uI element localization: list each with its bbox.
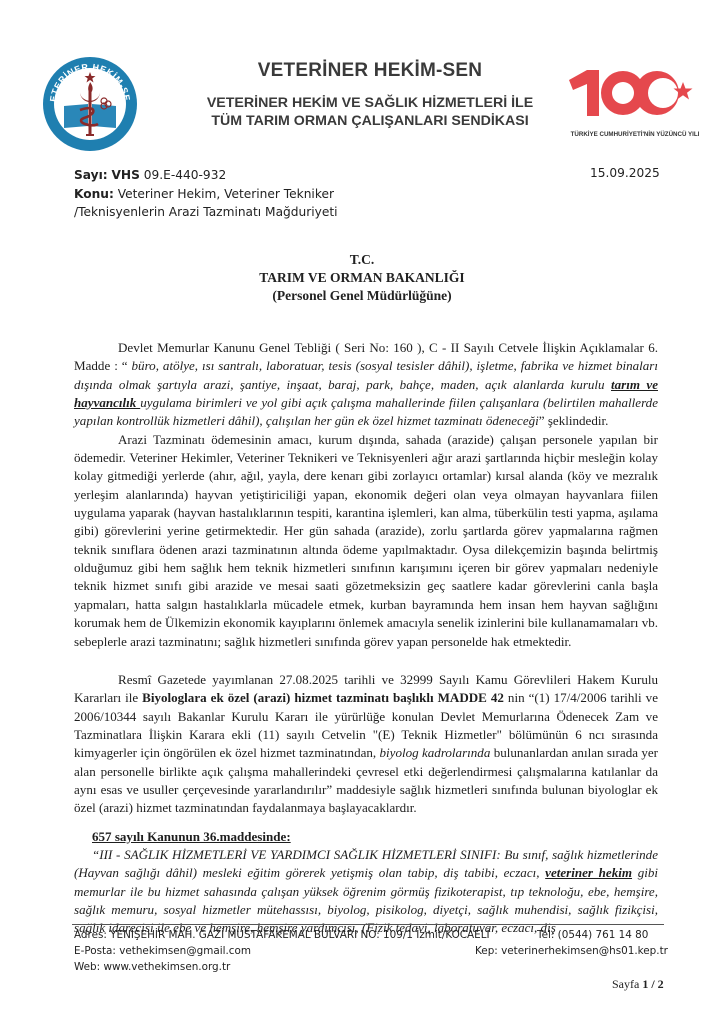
reference-number: Sayı: VHS 09.E-440-932 <box>74 166 338 185</box>
law-article-heading: 657 sayılı Kanunun 36.maddesinde: <box>92 828 658 846</box>
letter-date: 15.09.2025 <box>590 166 660 180</box>
footer-divider <box>72 924 664 925</box>
footer-address: Adres: YENİŞEHİR MAH. GAZİ MUSTAFAKEMAL … <box>74 929 490 941</box>
paragraph-2: Arazi Tazminatı ödemesinin amacı, kurum … <box>74 431 658 651</box>
letter-page: VETERİNER HEKİM-SEN VETERİNER HEKİM-SEN … <box>0 0 724 1024</box>
p1-end: ” şeklindedir. <box>539 413 609 428</box>
union-full-name-line1: VETERİNER HEKİM VE SAĞLIK HİZMETLERİ İLE <box>150 94 590 112</box>
turkiye-100-logo-icon: TÜRKİYE CUMHURİYETİ'NİN YÜZÜNCÜ YILI <box>565 62 715 142</box>
subject-line2: /Teknisyenlerin Arazi Tazminatı Mağduriy… <box>74 203 338 222</box>
recipient-line3: (Personel Genel Müdürlüğüne) <box>0 287 724 305</box>
recipient-line1: T.C. <box>0 251 724 269</box>
subject: Konu: Veteriner Hekim, Veteriner Teknike… <box>74 185 338 204</box>
reference-value: 09.E-440-932 <box>144 168 226 182</box>
p1-quote: büro, atölye, ısı santralı, laboratuar, … <box>74 358 658 391</box>
page-number: Sayfa 1 / 2 <box>612 977 664 992</box>
p4-emphasis: veteriner hekim <box>545 865 632 880</box>
reference-label: Sayı: <box>74 168 108 182</box>
recipient-block: T.C. TARIM VE ORMAN BAKANLIĞI (Personel … <box>0 251 724 305</box>
footer-kep[interactable]: Kep: veterinerhekimsen@hs01.kep.tr <box>475 945 668 957</box>
footer-email[interactable]: E-Posta: vethekimsen@gmail.com <box>74 945 251 957</box>
union-seal-logo-icon: VETERİNER HEKİM-SEN <box>40 54 140 154</box>
union-name: VETERİNER HEKİM-SEN <box>160 60 580 82</box>
paragraph-1: Devlet Memurlar Kanunu Genel Tebliği ( S… <box>74 339 658 431</box>
page-label: Sayfa <box>612 977 639 991</box>
p3-bold: Biyologlara ek özel (arazi) hizmet tazmi… <box>142 690 504 705</box>
paragraph-3: Resmî Gazetede yayımlanan 27.08.2025 tar… <box>74 671 658 818</box>
union-full-name: VETERİNER HEKİM VE SAĞLIK HİZMETLERİ İLE… <box>150 94 590 130</box>
union-full-name-line2: TÜM TARIM ORMAN ÇALIŞANLARI SENDİKASI <box>150 112 590 130</box>
reference-prefix: VHS <box>112 168 140 182</box>
footer-phone: Tel: (0544) 761 14 80 <box>537 929 648 941</box>
footer-web[interactable]: Web: www.vethekimsen.org.tr <box>74 961 230 973</box>
subject-label: Konu: <box>74 187 114 201</box>
letter-body: Devlet Memurlar Kanunu Genel Tebliği ( S… <box>74 339 658 938</box>
svg-text:TÜRKİYE CUMHURİYETİ'NİN YÜZÜNC: TÜRKİYE CUMHURİYETİ'NİN YÜZÜNCÜ YILI <box>571 131 700 138</box>
letter-meta: Sayı: VHS 09.E-440-932 Konu: Veteriner H… <box>74 166 338 222</box>
recipient-line2: TARIM VE ORMAN BAKANLIĞI <box>0 269 724 287</box>
page-value: 1 / 2 <box>642 977 663 991</box>
p3-italic: biyolog kadrolarında <box>380 745 491 760</box>
subject-line1: Veteriner Hekim, Veteriner Tekniker <box>118 187 334 201</box>
